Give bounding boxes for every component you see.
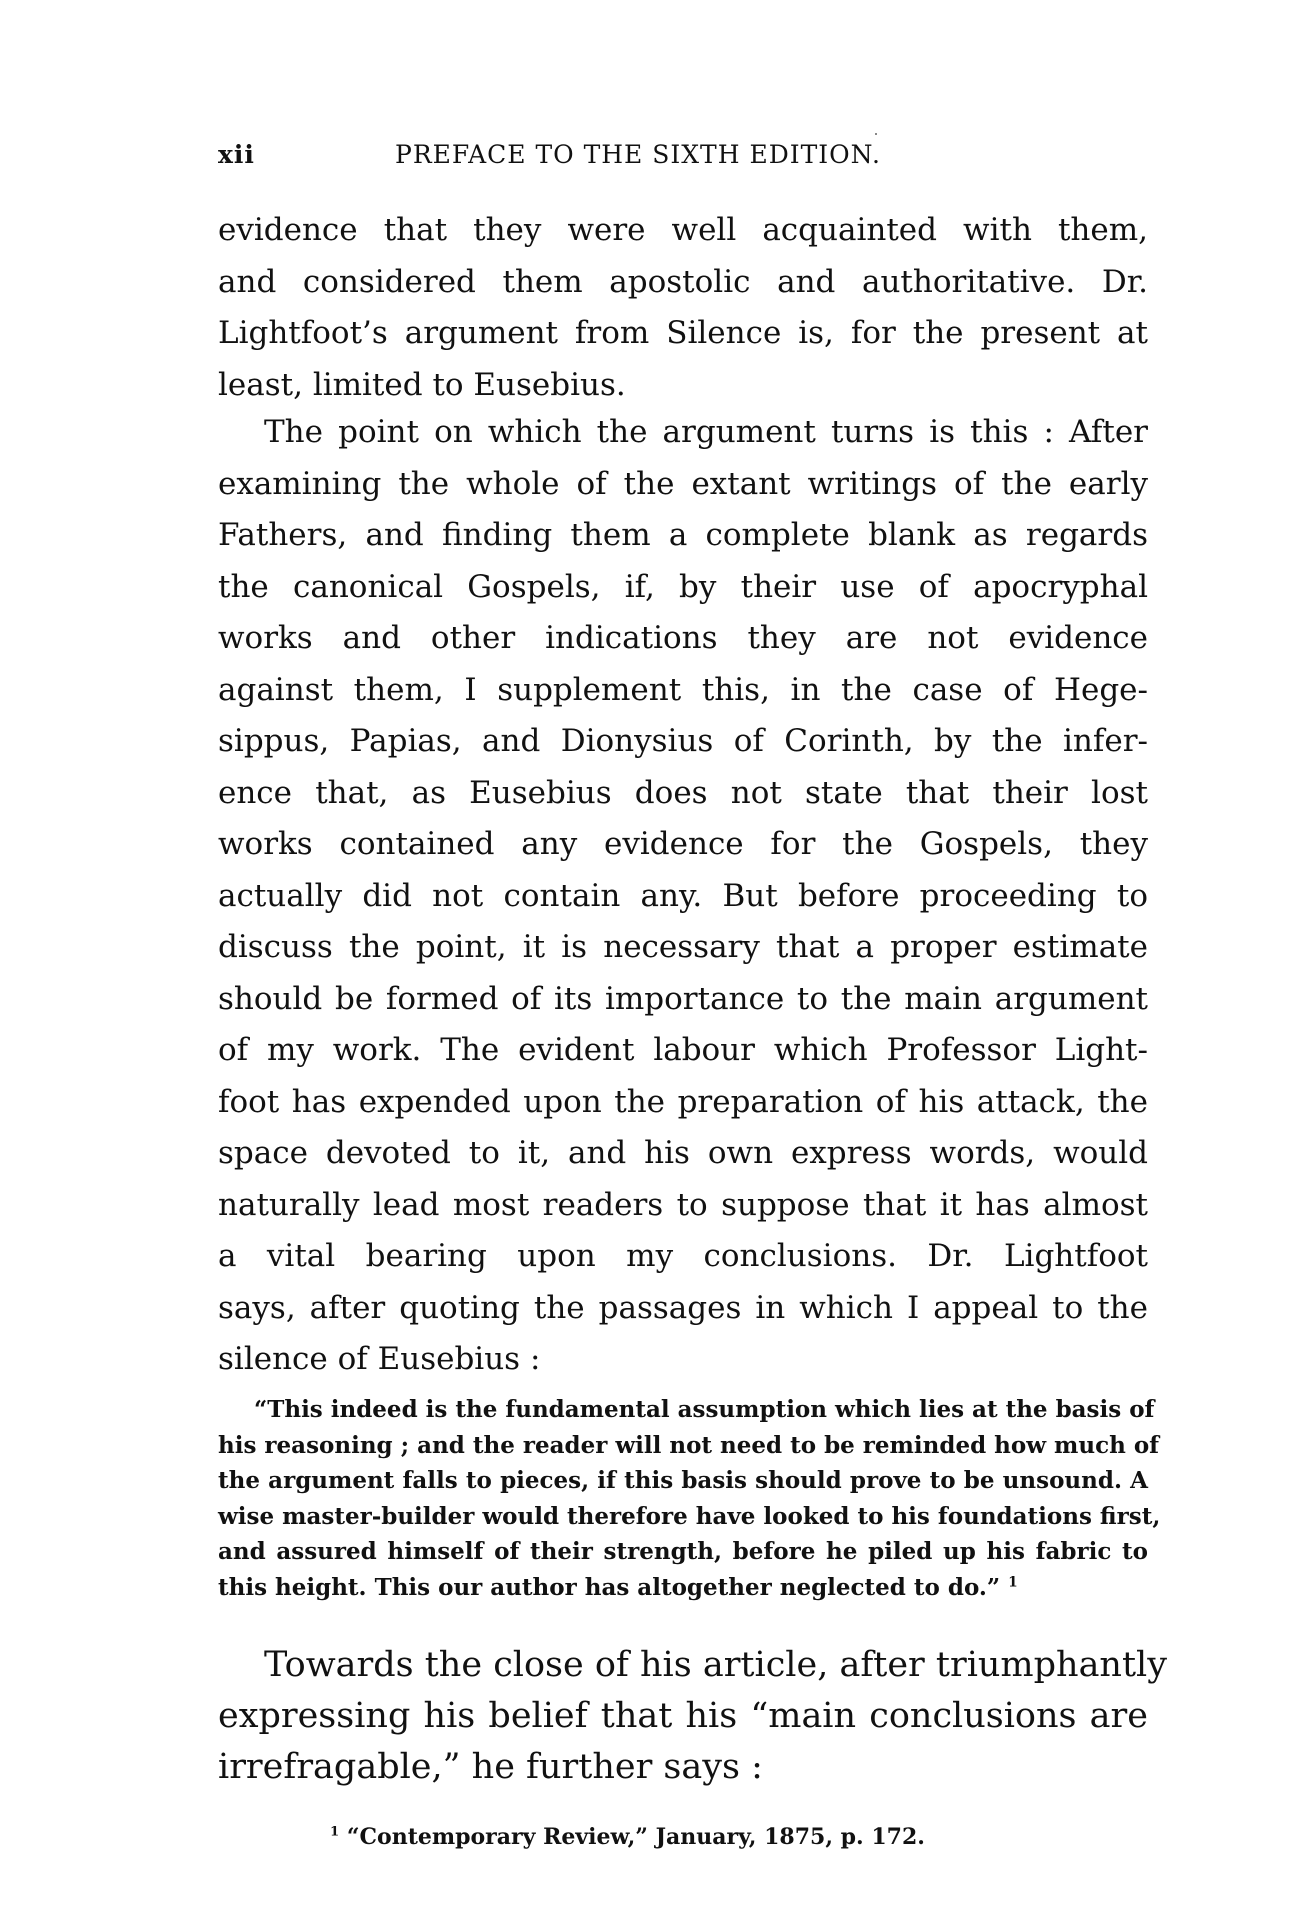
- text-line: silence of Eusebius :: [218, 1334, 1148, 1386]
- text-line: least, limited to Eusebius.: [218, 360, 1148, 412]
- text-line: foot has expended upon the preparation o…: [218, 1077, 1148, 1129]
- text-line: Lightfoot’s argument from Silence is, fo…: [218, 308, 1148, 360]
- paragraph-point: The point on which the argument turns is…: [218, 407, 1148, 1386]
- footnote-text: “Contemporary Review,” January, 1875, p.…: [347, 1824, 925, 1850]
- footnote-reference[interactable]: 1: [1008, 1574, 1018, 1590]
- block-quote: “This indeed is the fundamental assumpti…: [218, 1392, 1148, 1605]
- scan-speck: [875, 133, 877, 135]
- paragraph-closing: Towards the close of his article, after …: [218, 1640, 1148, 1793]
- running-head: PREFACE TO THE SIXTH EDITION.: [395, 140, 881, 169]
- footnote-marker: 1: [330, 1825, 339, 1840]
- text-line: ence that, as Eusebius does not state th…: [218, 768, 1148, 820]
- text-line: and considered them apostolic and author…: [218, 257, 1148, 309]
- text-line: of my work. The evident labour which Pro…: [218, 1025, 1148, 1077]
- quote-line: the argument falls to pieces, if this ba…: [218, 1463, 1148, 1499]
- text-line: evidence that they were well acquainted …: [218, 205, 1148, 257]
- quote-line: this height. This our author has altoget…: [218, 1570, 1148, 1606]
- quote-line: his reasoning ; and the reader will not …: [218, 1428, 1148, 1464]
- text-line: irrefragable,” he further says :: [218, 1742, 1148, 1793]
- text-line: actually did not contain any. But before…: [218, 871, 1148, 923]
- text-line: expressing his belief that his “main con…: [218, 1691, 1148, 1742]
- page-number: xii: [218, 140, 255, 169]
- text-line: works and other indications they are not…: [218, 613, 1148, 665]
- text-line: should be formed of its importance to th…: [218, 974, 1148, 1026]
- text-line: examining the whole of the extant writin…: [218, 459, 1148, 511]
- paragraph-continued: evidence that they were well acquainted …: [218, 205, 1148, 411]
- text-line: space devoted to it, and his own express…: [218, 1128, 1148, 1180]
- text-line: against them, I supplement this, in the …: [218, 665, 1148, 717]
- text-line: says, after quoting the passages in whic…: [218, 1283, 1148, 1335]
- text-line: the canonical Gospels, if, by their use …: [218, 562, 1148, 614]
- quote-line: “This indeed is the fundamental assumpti…: [218, 1392, 1148, 1428]
- text-line: discuss the point, it is necessary that …: [218, 922, 1148, 974]
- text-line: Fathers, and finding them a complete bla…: [218, 510, 1148, 562]
- quote-line: and assured himself of their strength, b…: [218, 1534, 1148, 1570]
- text-line: works contained any evidence for the Gos…: [218, 819, 1148, 871]
- footnote: 1 “Contemporary Review,” January, 1875, …: [330, 1824, 925, 1850]
- text-line: a vital bearing upon my conclusions. Dr.…: [218, 1231, 1148, 1283]
- text-line: Towards the close of his article, after …: [218, 1640, 1148, 1691]
- text-line: sippus, Papias, and Dionysius of Corinth…: [218, 716, 1148, 768]
- page-header: xii PREFACE TO THE SIXTH EDITION.: [218, 140, 1148, 180]
- text-line: The point on which the argument turns is…: [218, 407, 1148, 459]
- text-line: naturally lead most readers to suppose t…: [218, 1180, 1148, 1232]
- quote-last-text: this height. This our author has altoget…: [218, 1574, 1000, 1601]
- quote-line: wise master-builder would therefore have…: [218, 1499, 1148, 1535]
